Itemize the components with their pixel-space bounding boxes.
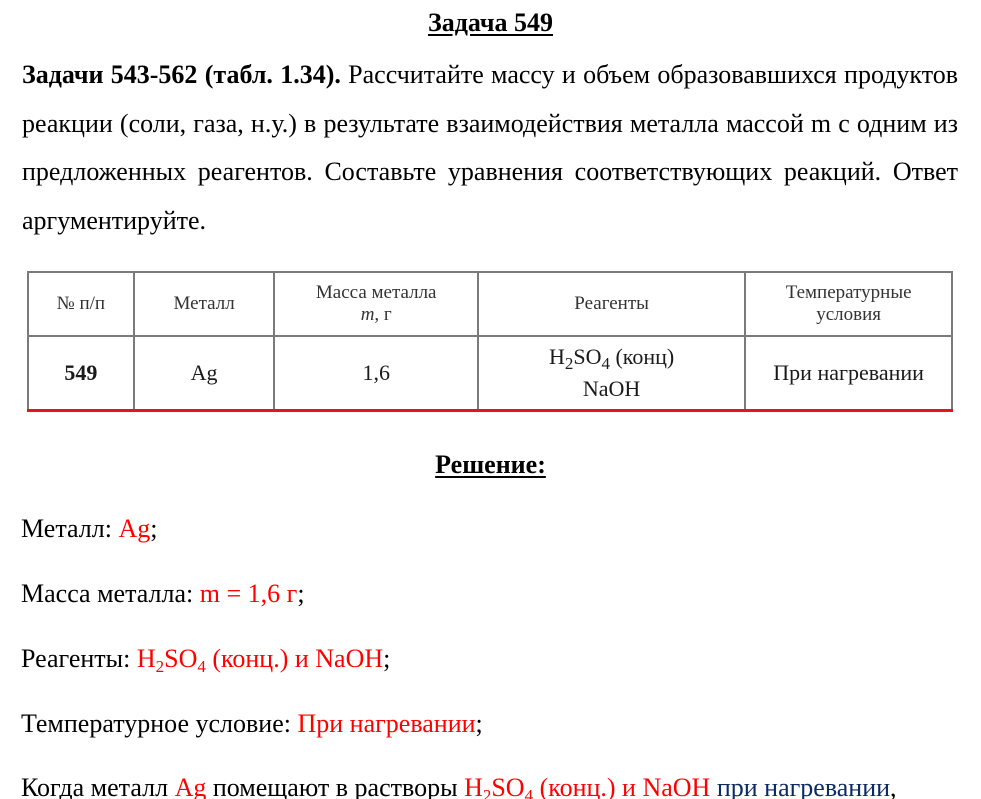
- cell-metal: Ag: [134, 336, 275, 411]
- table-row: 549 Ag 1,6 H2SO4 (конц)NaOH При нагреван…: [28, 336, 952, 411]
- solution-metal-line: Металл: Ag;: [21, 514, 157, 544]
- table-header-row: № п/п Металл Масса металлаm, г Реагенты …: [28, 272, 952, 336]
- solution-reagents-line: Реагенты: H2SO4 (конц.) и NaOH;: [21, 644, 390, 674]
- header-metal: Металл: [134, 272, 275, 336]
- header-mass: Масса металлаm, г: [274, 272, 478, 336]
- task-statement: Задачи 543-562 (табл. 1.34). Рассчитайте…: [22, 51, 958, 245]
- header-num: № п/п: [28, 272, 134, 336]
- cell-temp: При нагревании: [745, 336, 952, 411]
- task-range-label: Задачи 543-562 (табл. 1.34).: [22, 60, 341, 89]
- solution-title: Решение:: [0, 450, 981, 480]
- reagents-value: H2SO4 (конц.) и NaOH: [137, 644, 383, 673]
- solution-temp-line: Температурное условие: При нагревании;: [21, 709, 483, 739]
- solution-mass-line: Масса металла: m = 1,6 г;: [21, 579, 305, 609]
- solution-explanation-line: Когда металл Ag помещают в растворы H2SO…: [21, 773, 897, 799]
- header-temp: Температурныеусловия: [745, 272, 952, 336]
- temp-value: При нагревании: [297, 709, 475, 738]
- task-table: № п/п Металл Масса металлаm, г Реагенты …: [27, 271, 953, 412]
- task-title: Задача 549: [0, 8, 981, 38]
- cell-mass: 1,6: [274, 336, 478, 411]
- metal-value: Ag: [118, 514, 150, 543]
- cell-reagents: H2SO4 (конц)NaOH: [478, 336, 745, 411]
- cell-num: 549: [28, 336, 134, 411]
- header-reagents: Реагенты: [478, 272, 745, 336]
- mass-value: m = 1,6 г: [200, 579, 298, 608]
